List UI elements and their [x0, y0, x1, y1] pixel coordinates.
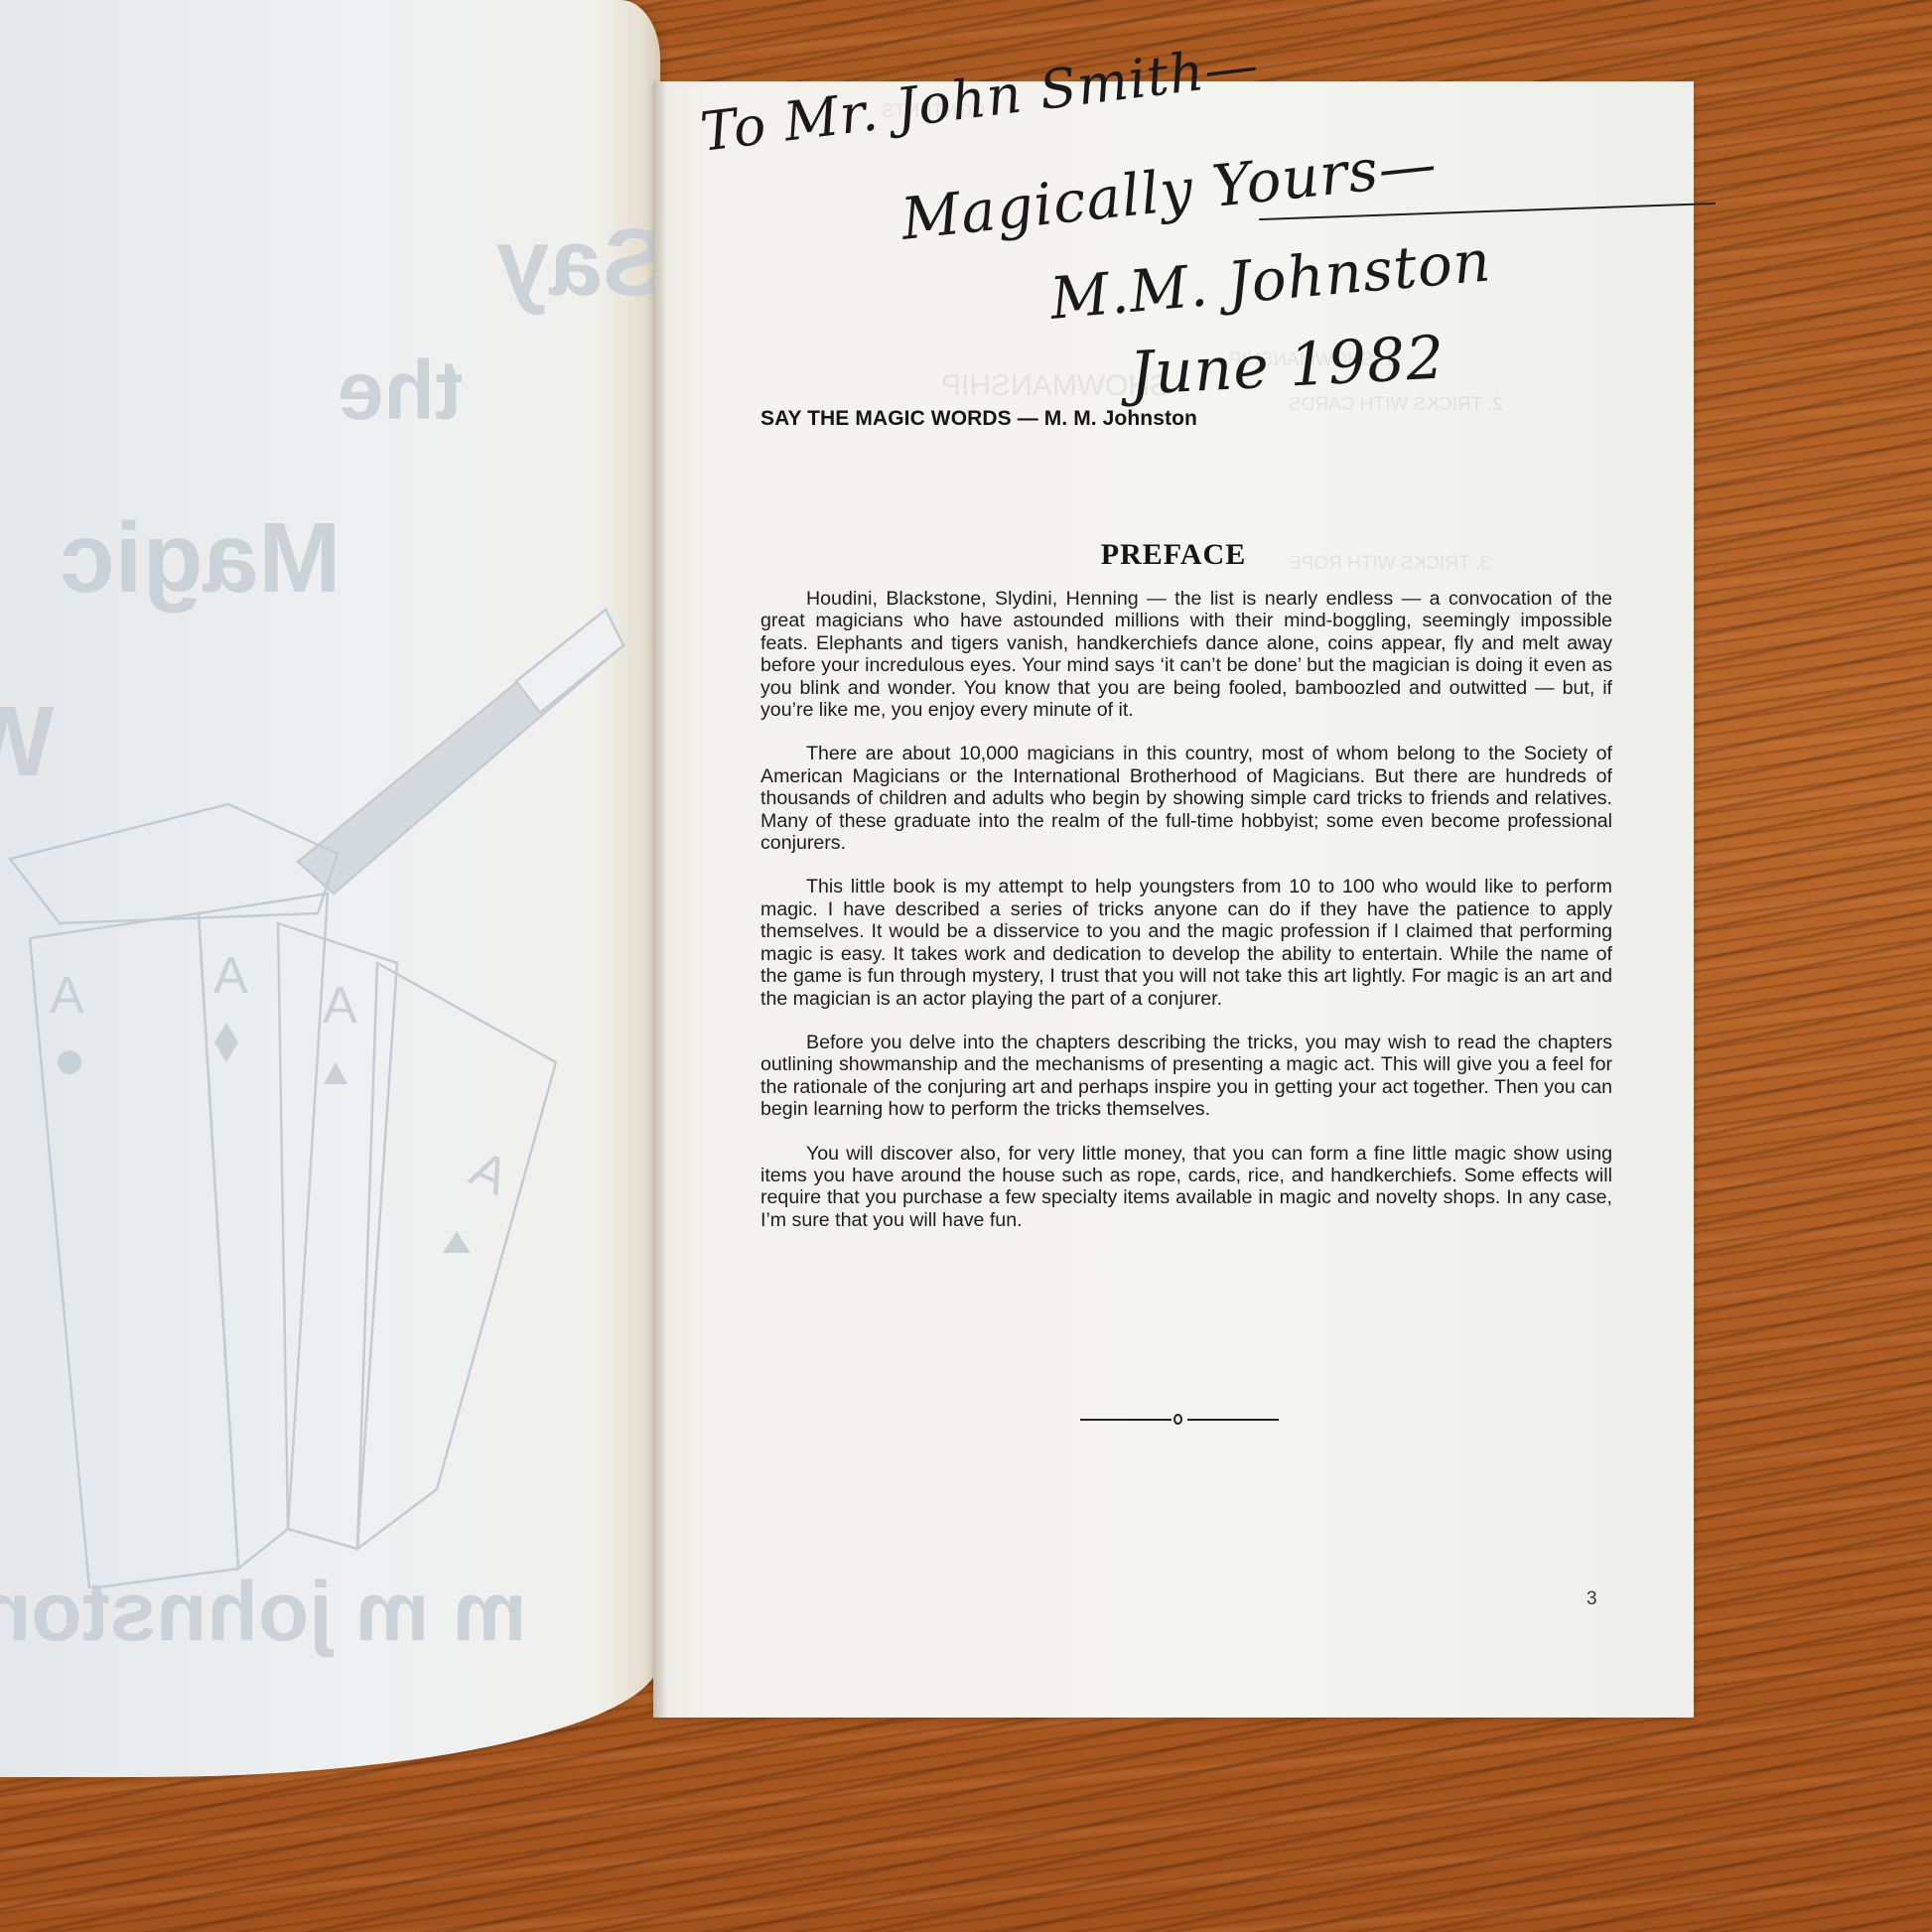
ghost-cover-title-say: Say — [496, 208, 666, 318]
paragraph: Before you delve into the chapters descr… — [760, 1032, 1612, 1121]
ghost-playing-cards-and-wand-icon: A A A A — [0, 596, 660, 1588]
inscription-signature: M.M. Johnston — [1047, 226, 1494, 333]
right-page-preface: CONTENTS 1. SHOWMANSHIP 2. TRICKS WITH C… — [653, 81, 1694, 1718]
svg-text:A: A — [462, 1140, 517, 1206]
running-head: SAY THE MAGIC WORDS — M. M. Johnston — [760, 407, 1197, 431]
svg-text:A: A — [213, 947, 248, 1005]
inscription-date: June 1982 — [1128, 323, 1447, 409]
page-gutter-shadow — [653, 81, 667, 1718]
paragraph: You will discover also, for very little … — [760, 1143, 1612, 1232]
paragraph: There are about 10,000 magicians in this… — [760, 743, 1612, 854]
ornament-circle-icon — [1173, 1414, 1182, 1425]
inscription-closing: Magically Yours— — [897, 130, 1440, 253]
section-end-ornament — [1080, 1410, 1279, 1430]
svg-text:A: A — [323, 977, 357, 1035]
ornament-rule-left — [1080, 1419, 1172, 1421]
page-number: 3 — [1587, 1588, 1597, 1610]
paragraph: Houdini, Blackstone, Slydini, Henning — … — [760, 588, 1612, 721]
preface-body: Houdini, Blackstone, Slydini, Henning — … — [760, 588, 1612, 1253]
page-title: PREFACE — [653, 538, 1694, 572]
ornament-rule-right — [1187, 1419, 1279, 1421]
left-page-inside-cover: Say the Magic W m m johnston A A A A — [0, 0, 660, 1777]
paragraph: This little book is my attempt to help y… — [760, 876, 1612, 1009]
svg-text:A: A — [50, 967, 84, 1025]
ghost-cover-title-the: the — [338, 343, 463, 439]
